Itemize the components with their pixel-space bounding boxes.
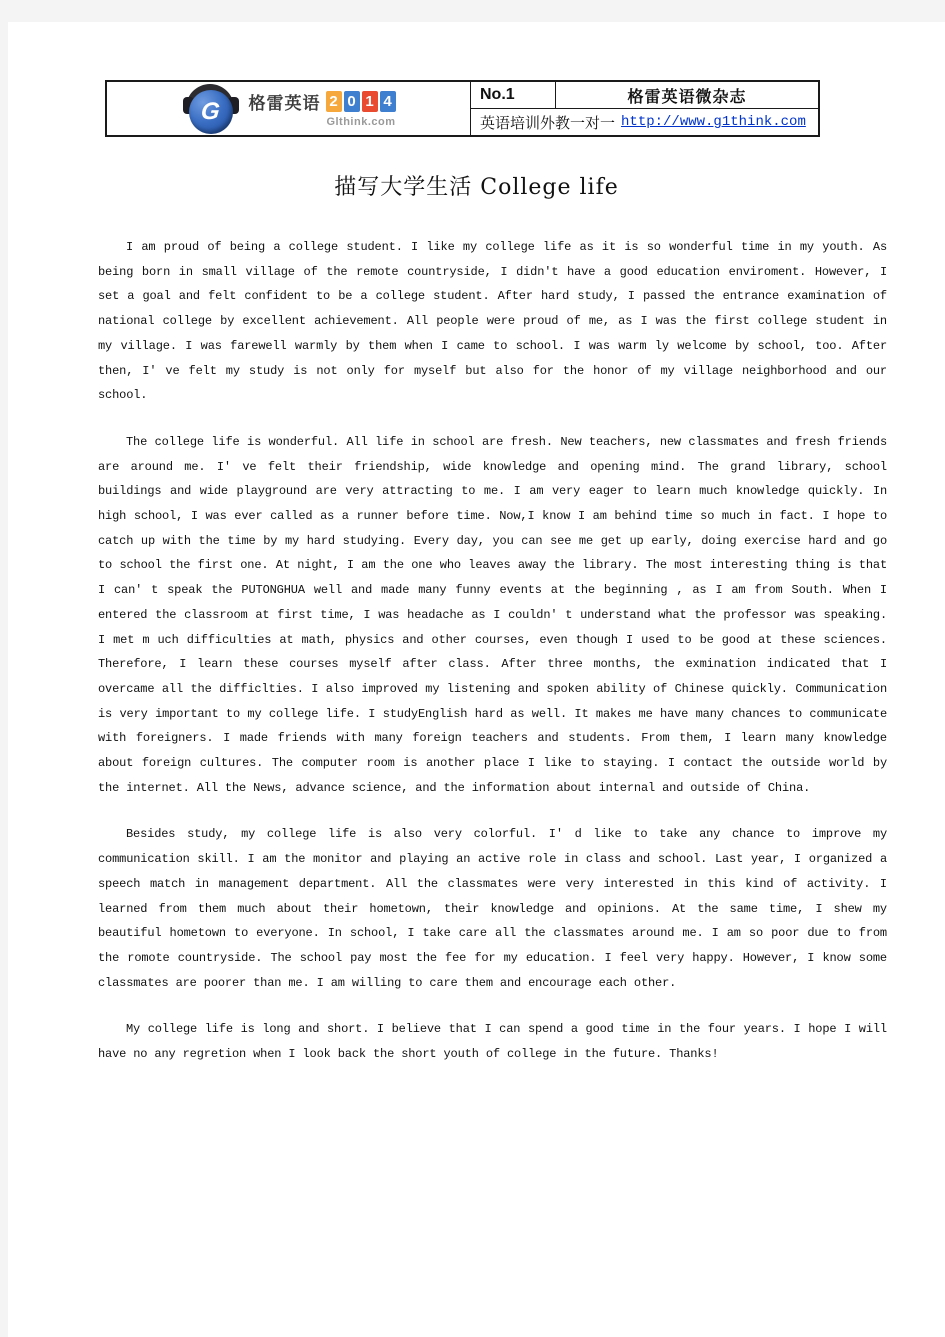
brand-name: 格雷英语 <box>249 89 321 114</box>
brand-logo: G 格雷英语 2 0 1 4 Glthink.com <box>182 84 396 134</box>
logo-monogram: G <box>200 100 221 124</box>
brand-site-text: Glthink.com <box>326 116 395 128</box>
tagline-text: 英语培训外教一对一 <box>480 112 615 133</box>
site-link[interactable]: http://www.g1think.com <box>621 114 806 130</box>
year-digit: 0 <box>344 91 360 112</box>
year-digit: 2 <box>326 91 342 112</box>
year-digit: 1 <box>362 91 378 112</box>
logo-text: 格雷英语 2 0 1 4 Glthink.com <box>249 89 396 128</box>
essay-paragraph: Besides study, my college life is also v… <box>98 822 887 995</box>
year-badge: 2 0 1 4 <box>326 91 396 112</box>
logo-cell: G 格雷英语 2 0 1 4 Glthink.com <box>107 82 471 135</box>
document-page: G 格雷英语 2 0 1 4 Glthink.com <box>8 22 945 1337</box>
magazine-cell: 格雷英语微杂志 <box>556 82 818 109</box>
essay-paragraph: The college life is wonderful. All life … <box>98 430 887 801</box>
essay-title: 描写大学生活 College life <box>8 170 945 201</box>
globe-shape: G <box>189 90 233 134</box>
essay-paragraph: My college life is long and short. I bel… <box>98 1017 887 1066</box>
year-digit: 4 <box>380 91 396 112</box>
issue-label: No.1 <box>480 86 515 104</box>
headphones-globe-icon: G <box>182 84 240 134</box>
header-table: G 格雷英语 2 0 1 4 Glthink.com <box>105 80 820 137</box>
magazine-title: 格雷英语微杂志 <box>627 84 746 107</box>
issue-cell: No.1 <box>471 82 556 109</box>
essay-body: I am proud of being a college student. I… <box>98 235 887 1067</box>
tagline-cell: 英语培训外教一对一 http://www.g1think.com <box>471 109 818 135</box>
essay-paragraph: I am proud of being a college student. I… <box>98 235 887 408</box>
